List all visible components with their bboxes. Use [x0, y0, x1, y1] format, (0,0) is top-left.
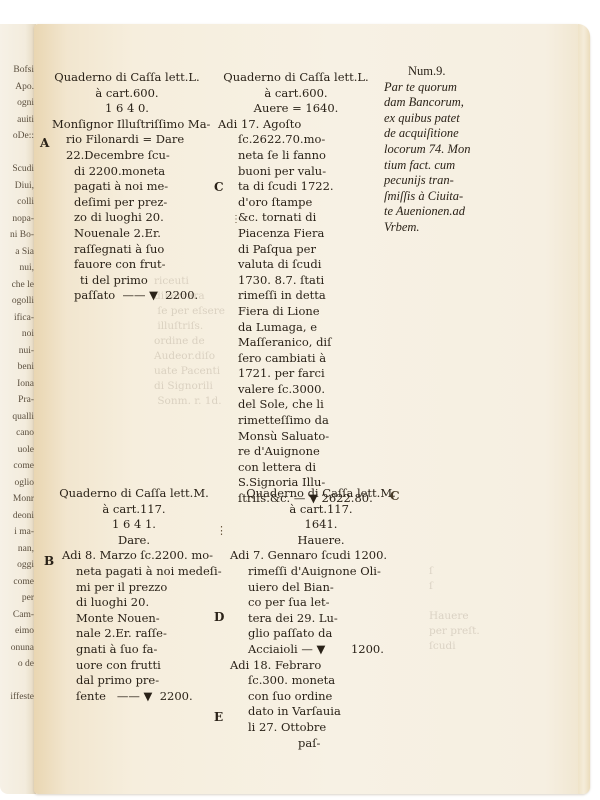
page-edge [578, 24, 590, 794]
note-line: locorum 74. Mon [384, 142, 504, 158]
left-page-line: Iona [0, 376, 34, 393]
margin-letter-b: B [44, 554, 54, 568]
left-page-line: qualli [0, 409, 34, 426]
entry-header-line: à cart.117. [54, 502, 214, 518]
entry-amount: 2200. [165, 288, 198, 302]
left-page-line: ni Bo- [0, 227, 34, 244]
entry-line: dal primo pre- [54, 673, 214, 689]
entry-line: re d'Auignone [216, 444, 376, 460]
entry-line: Piacenza Fiera [216, 226, 376, 242]
margin-letter-a: A [40, 136, 49, 150]
left-page-line: Scudi [0, 161, 34, 178]
entry-year: Auere = 1640. [216, 101, 376, 117]
left-page-line: beni [0, 359, 34, 376]
entry-line: raſſegnati à ſuo [52, 242, 202, 258]
left-page-line: deoni [0, 508, 34, 525]
entry-final-line: ſente —— ▼ 2200. [54, 689, 214, 705]
entry-line: 1730. 8.7. ſtati [216, 273, 376, 289]
left-page-line: Apo. [0, 79, 34, 96]
left-page-line: Monr [0, 491, 34, 508]
entry-line: nale 2.Er. raſſe- [54, 626, 214, 642]
note-line: pecunijs tran- [384, 173, 504, 189]
entry-line: ti del primo [52, 273, 202, 289]
left-page-line: a Sia [0, 244, 34, 261]
entry-line: con ſuo ordine [226, 689, 416, 705]
ledger-page: riceutidiFerrara ſe per eſsere illuſtriſ… [34, 24, 590, 794]
entry-line: Adi 18. Febraro [226, 658, 416, 674]
left-page-line: auiti [0, 112, 34, 129]
note-line: tium fact. cum [384, 158, 504, 174]
left-page-line: uole [0, 442, 34, 459]
ledger-entry-top-right: Quaderno di Caſſa lett.L. à cart.600. Au… [216, 70, 376, 507]
left-page-line: iffeste [0, 689, 34, 706]
entry-year: 1 6 4 0. [52, 101, 202, 117]
entry-line: Monsù Saluato- [216, 429, 376, 445]
margin-letter-d: D [214, 610, 224, 624]
entry-line: ſero cambiati à [216, 351, 376, 367]
entry-line: valuta di ſcudi [216, 257, 376, 273]
margin-letter-e: E [214, 710, 223, 724]
left-page-line: per [0, 590, 34, 607]
left-page-line: noi [0, 326, 34, 343]
entry-line: deſimi per prez- [52, 195, 202, 211]
entry-line: li 27. Ottobre [226, 720, 416, 736]
left-page-line: come [0, 458, 34, 475]
entry-header-line: à cart.117. [226, 502, 416, 518]
entry-line: Fiera di Lione [216, 304, 376, 320]
entry-line: dato in Varſauia [226, 704, 416, 720]
marginal-note: Num.9. Par te quorum dam Bancorum, ex qu… [384, 64, 504, 236]
entry-line: Nouenale 2.Er. [52, 226, 202, 242]
entry-line: di Paſqua per [216, 242, 376, 258]
entry-line: del Sole, che li [216, 397, 376, 413]
left-page-line: nui- [0, 343, 34, 360]
ledger-entry-bottom-right: Quaderno di Caſſa lett.M. à cart.117. 16… [226, 486, 416, 751]
entry-line: Acciaioli [248, 642, 298, 656]
left-page-line: Pra- [0, 392, 34, 409]
left-page-line: ogolli [0, 293, 34, 310]
entry-amount: 2200. [160, 689, 193, 703]
dash-rule: —— ▼ [119, 288, 162, 302]
entry-header-line: Quaderno di Caſſa lett.L. [52, 70, 202, 86]
entry-line: 22.Decembre ſcu- [52, 148, 202, 164]
entry-line: uiero del Bian- [226, 580, 416, 596]
ledger-entry-bottom-left: Quaderno di Caſſa lett.M. à cart.117. 1 … [54, 486, 214, 704]
entry-line: ſente [76, 689, 106, 703]
left-page-line: colli [0, 194, 34, 211]
printer-ornament: С [390, 489, 400, 503]
entry-line: di luoghi 20. [54, 595, 214, 611]
note-number: Num.9. [384, 64, 504, 80]
entry-year: 1641. [226, 517, 416, 533]
note-line: Vrbem. [384, 220, 504, 236]
left-page-line: ifica- [0, 310, 34, 327]
entry-line: con lettera di [216, 460, 376, 476]
entry-header-line: à cart.600. [216, 86, 376, 102]
entry-line: rio Filonardi = Dare [52, 132, 202, 148]
adjacent-left-page: BofsiApo.ogniauitioDe::ScudiDiui,collino… [0, 24, 36, 794]
dash-rule: — ▼ [301, 642, 347, 656]
entry-line: rimetteſſimo da [216, 413, 376, 429]
note-line: te Auenionen.ad [384, 204, 504, 220]
entry-line: di 2200.moneta [52, 164, 202, 180]
entry-amount: 1200. [351, 642, 384, 656]
entry-line: buoni per valu- [216, 164, 376, 180]
entry-line: Monte Nouen- [54, 611, 214, 627]
entry-final-line: Acciaioli — ▼ 1200. [226, 642, 416, 658]
left-page-line: onuna [0, 640, 34, 657]
left-page-line: nan, [0, 541, 34, 558]
show-through-text: ſſHauereper preſt.ſcudi [429, 564, 480, 654]
ledger-entry-top-left: Quaderno di Caſſa lett.L. à cart.600. 1 … [52, 70, 202, 304]
entry-line: da Lumaga, e [216, 320, 376, 336]
entry-line: valere ſc.3000. [216, 382, 376, 398]
entry-line: glio paſſato da [226, 626, 416, 642]
entry-catchword: paſ- [226, 736, 416, 752]
margin-letter-c: C [214, 180, 224, 194]
entry-line: neta pagati à noi medeſi- [54, 564, 214, 580]
left-page-line: ogni [0, 95, 34, 112]
left-page-line: oDe:: [0, 128, 34, 145]
left-page-line: Diui, [0, 178, 34, 195]
entry-side-label: Hauere. [226, 533, 416, 549]
left-page-line: nui, [0, 260, 34, 277]
entry-line: zo di luoghi 20. [52, 210, 202, 226]
left-page-line: oglio [0, 475, 34, 492]
entry-line: tera dei 29. Lu- [226, 611, 416, 627]
entry-line: gnati à ſuo fa- [54, 642, 214, 658]
entry-line: 1721. per farci [216, 366, 376, 382]
entry-year: 1 6 4 1. [54, 517, 214, 533]
left-page-line: cano [0, 425, 34, 442]
entry-line: d'oro ſtampe [216, 195, 376, 211]
left-page-line: che le [0, 277, 34, 294]
entry-line: fauore con frut- [52, 257, 202, 273]
entry-line: Monſignor Illuſtriſſimo Ma- [52, 117, 202, 133]
left-page-line: Bofsi [0, 62, 34, 79]
entry-side-label: Dare. [54, 533, 214, 549]
left-page-line: o de [0, 656, 34, 673]
entry-line: Maſſeranico, diſ [216, 335, 376, 351]
left-page-line: eimo [0, 623, 34, 640]
entry-line: paſſato [74, 288, 115, 302]
entry-final-line: paſſato —— ▼ 2200. [52, 288, 202, 304]
note-line: ſmiſſis à Ciuita- [384, 189, 504, 205]
entry-line: ta di ſcudi 1722. [216, 179, 376, 195]
note-line: de acquiſitione [384, 126, 504, 142]
entry-header-line: Quaderno di Caſſa lett.M. [54, 486, 214, 502]
entry-header-line: à cart.600. [52, 86, 202, 102]
entry-line: mi per il prezzo [54, 580, 214, 596]
entry-header-line: Quaderno di Caſſa lett.L. [216, 70, 376, 86]
entry-line: ſc.2622.70.mo- [216, 132, 376, 148]
left-page-line: come [0, 574, 34, 591]
entry-line: co per ſua let- [226, 595, 416, 611]
note-line: dam Bancorum, [384, 95, 504, 111]
left-page-line: oggi [0, 557, 34, 574]
note-line: Par te quorum [384, 80, 504, 96]
entry-line: rimeſſi d'Auignone Oli- [226, 564, 416, 580]
left-page-line: nopa- [0, 211, 34, 228]
entry-line: Adi 7. Gennaro ſcudi 1200. [226, 548, 416, 564]
entry-line: neta ſe li fanno [216, 148, 376, 164]
entry-line: ſc.300. moneta [226, 673, 416, 689]
entry-line: Adi 17. Agoſto [216, 117, 376, 133]
entry-line: Adi 8. Marzo ſc.2200. mo- [54, 548, 214, 564]
entry-line: uore con frutti [54, 658, 214, 674]
note-line: ex quibus patet [384, 111, 504, 127]
entry-header-line: Quaderno di Caſſa lett.M. [226, 486, 416, 502]
left-page-line: Cam- [0, 607, 34, 624]
dash-rule: —— ▼ [110, 689, 156, 703]
entry-line: pagati à noi me- [52, 179, 202, 195]
left-page-line: i ma- [0, 524, 34, 541]
entry-line: rimeſſi in detta [216, 288, 376, 304]
printer-ornament: ⋮ [231, 214, 241, 225]
